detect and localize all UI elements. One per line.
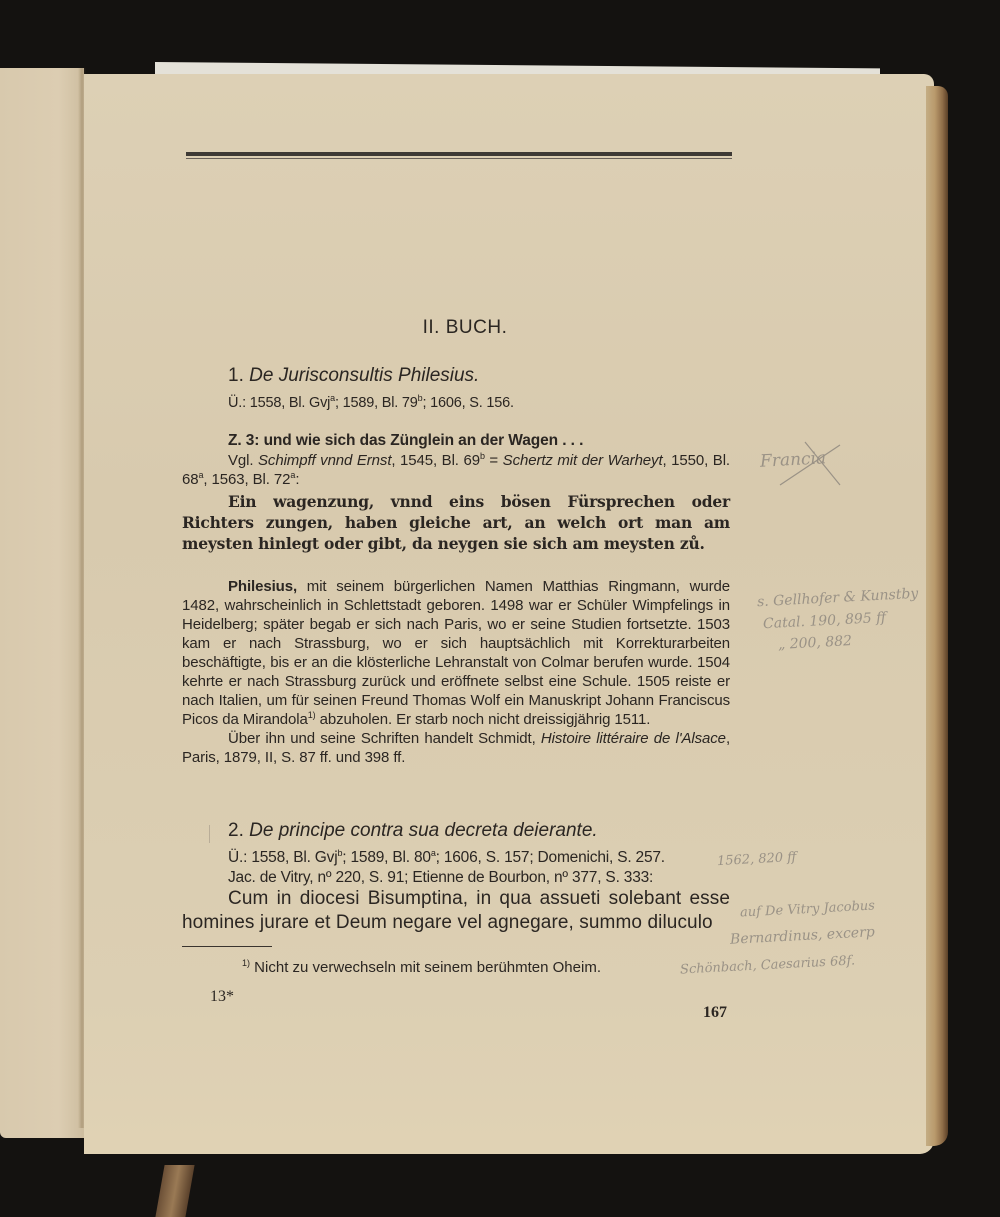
section-1-number: 1. [228, 365, 244, 386]
schmidt-reference: Über ihn und seine Schriften handelt Sch… [182, 729, 730, 767]
section-2-number: 2. [228, 820, 244, 841]
page-number: 167 [703, 1004, 727, 1022]
schmidt-text: Über ihn und seine Schriften handelt Sch… [228, 730, 541, 747]
page-edges [926, 86, 948, 1146]
footnote-ref: 1) [308, 710, 316, 720]
section-1-heading: 1. De Jurisconsultis Philesius. [182, 365, 730, 387]
bookmark-ribbon [155, 1165, 194, 1217]
strikethrough-mark [770, 440, 850, 490]
biography-text: mit seinem bürgerlichen Namen Matthias R… [182, 578, 730, 728]
section-2-heading: 2. De principe contra sua decreta deiera… [182, 820, 730, 842]
book-heading: II. BUCH. [423, 317, 508, 339]
footnote-text: Nicht zu verwechseln mit seinem berühmte… [250, 959, 601, 976]
fraktur-quote: Ein wagenzung, vnnd eins bösen Fürsprech… [182, 491, 730, 554]
signature-mark: 13* [210, 988, 234, 1006]
note-heading: Z. 3: und wie sich das Zünglein an der W… [182, 431, 730, 450]
section-2-refs: Jac. de Vitry, nº 220, S. 91; Etienne de… [182, 869, 730, 887]
biography-text: abzuholen. Er starb noch nicht dreissigj… [316, 711, 651, 728]
section-1-title: De Jurisconsultis Philesius. [249, 365, 479, 386]
biography-paragraph: Philesius, mit seinem bürgerlichen Namen… [182, 577, 730, 729]
footnote-marker: 1) [242, 958, 250, 968]
vgl-work: Schimpff vnnd Ernst [258, 452, 391, 469]
sources-text: ; 1606, S. 157; Domenichi, S. 257. [436, 849, 665, 866]
header-rule-thin [186, 158, 732, 159]
vgl-text: , 1563, Bl. 72 [203, 471, 290, 488]
section-2: 2. De principe contra sua decreta deiera… [182, 820, 730, 935]
sources-text: Ü.: 1558, Bl. Gvj [228, 395, 330, 411]
section-2-title: De principe contra sua decreta deierante… [249, 820, 598, 841]
section-1-sources: Ü.: 1558, Bl. Gvja; 1589, Bl. 79b; 1606,… [182, 395, 730, 411]
footnote-rule [182, 946, 272, 947]
footnote: 1) Nicht zu verwechseln mit seinem berüh… [242, 959, 601, 976]
book-heading-wrap: II. BUCH. [0, 317, 1000, 339]
biography-name: Philesius, [228, 578, 297, 595]
vgl-text: : [295, 471, 299, 488]
left-page [0, 68, 84, 1138]
sources-text: ; 1589, Bl. 79 [335, 395, 418, 411]
schmidt-work: Histoire littéraire de l'Alsace [541, 730, 726, 747]
vgl-text: , 1545, Bl. 69 [391, 452, 480, 469]
section-1: 1. De Jurisconsultis Philesius. Ü.: 1558… [182, 365, 730, 767]
sources-text: ; 1589, Bl. 80 [342, 849, 431, 866]
section-2-sources: Ü.: 1558, Bl. Gvjb; 1589, Bl. 80a; 1606,… [182, 849, 730, 867]
sources-text: ; 1606, S. 156. [422, 395, 513, 411]
vgl-text: Vgl. [228, 452, 258, 469]
vgl-text: = [485, 452, 503, 469]
latin-text: Cum in diocesi Bisumptina, in qua assuet… [182, 887, 730, 935]
sources-text: Ü.: 1558, Bl. Gvj [228, 849, 337, 866]
vgl-reference: Vgl. Schimpff vnnd Ernst, 1545, Bl. 69b … [182, 451, 730, 489]
header-rule [186, 152, 732, 156]
vgl-work: Schertz mit der Warheyt [503, 452, 663, 469]
